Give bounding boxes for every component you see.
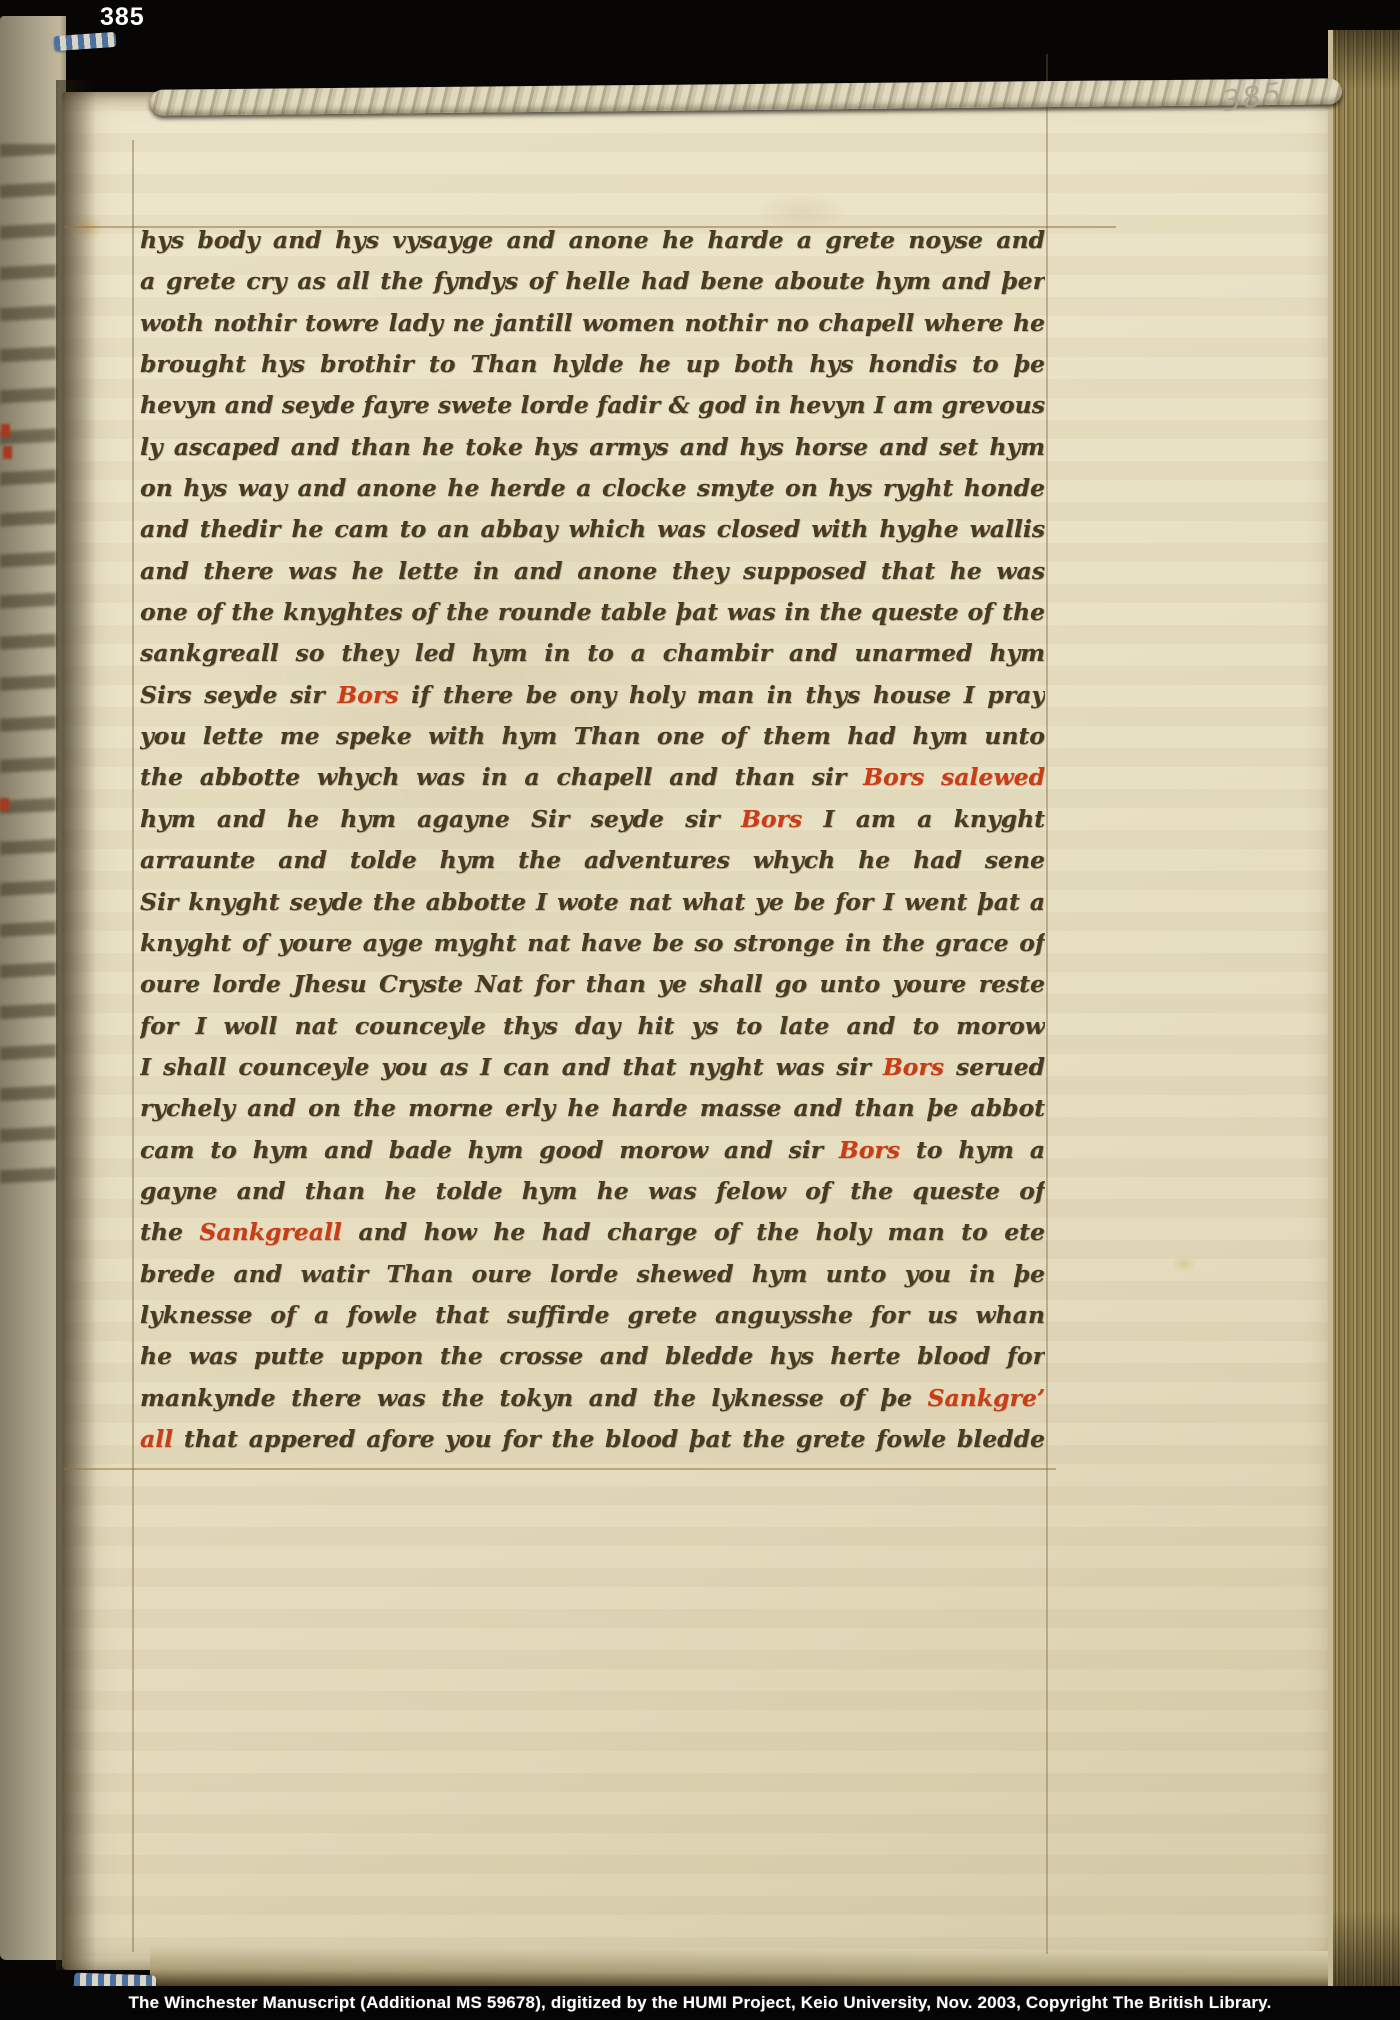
rubric-word: Sankgre’ [927, 1384, 1045, 1412]
manuscript-line: he was putte uppon the crosse and bledde… [140, 1336, 1045, 1377]
manuscript-line: and thedir he cam to an abbay which was … [140, 509, 1045, 550]
rubric-word: Bors [337, 681, 398, 709]
folio-number-label: 385 [100, 3, 145, 32]
manuscript-line: Sirs seyde sir Bors if there be ony holy… [140, 675, 1045, 716]
manuscript-line: ly ascaped and than he toke hys armys an… [140, 427, 1045, 468]
caption-text: The Winchester Manuscript (Additional MS… [128, 1993, 1271, 2013]
manuscript-line: and there was he lette in and anone they… [140, 551, 1045, 592]
manuscript-line: knyght of youre ayge myght nat have be s… [140, 923, 1045, 964]
manuscript-line: hym and he hym agayne Sir seyde sir Bors… [140, 799, 1045, 840]
manuscript-line: sankgreall so they led hym in to a chamb… [140, 633, 1045, 674]
caption-bar: The Winchester Manuscript (Additional MS… [0, 1986, 1400, 2020]
digitized-manuscript-viewer: { "frame": { "folio_label": "385", "penc… [0, 0, 1400, 2020]
manuscript-line: brought hys brothir to Than hylde he up … [140, 344, 1045, 385]
manuscript-line: on hys way and anone he herde a clocke s… [140, 468, 1045, 509]
manuscript-line: gayne and than he tolde hym he was felow… [140, 1171, 1045, 1212]
rubric-word: Sankgreall [199, 1218, 341, 1246]
rubric-word: Bors salewed [863, 763, 1045, 791]
manuscript-line: you lette me speke with hym Than one of … [140, 716, 1045, 757]
manuscript-line: lyknesse of a fowle that suffirde grete … [140, 1295, 1045, 1336]
manuscript-line: hys body and hys vysayge and anone he ha… [140, 220, 1045, 261]
fore-edge-leaves [1328, 30, 1400, 1990]
rubric-word: Bors [741, 805, 802, 833]
manuscript-line: for I woll nat counceyle thys day hit ys… [140, 1006, 1045, 1047]
manuscript-text: hys body and hys vysayge and anone he ha… [140, 220, 1045, 1460]
facing-page-text-showthrough [0, 144, 56, 1184]
manuscript-line: a grete cry as all the fyndys of helle h… [140, 261, 1045, 302]
facing-page-rubric-mark [1, 424, 10, 437]
facing-page-rubric-mark [3, 446, 12, 459]
manuscript-line: hevyn and seyde fayre swete lorde fadir … [140, 385, 1045, 426]
manuscript-line: arraunte and tolde hym the adventures wh… [140, 840, 1045, 881]
rubric-word: Bors [883, 1053, 944, 1081]
manuscript-line: all that appered afore you for the blood… [140, 1419, 1045, 1460]
facing-page-rubric-mark [0, 798, 9, 811]
manuscript-line: oure lorde Jhesu Cryste Nat for than ye … [140, 964, 1045, 1005]
manuscript-line: woth nothir towre lady ne jantill women … [140, 303, 1045, 344]
manuscript-line: rychely and on the morne erly he harde m… [140, 1088, 1045, 1129]
rubric-word: Bors [839, 1136, 900, 1164]
manuscript-line: cam to hym and bade hym good morow and s… [140, 1130, 1045, 1171]
manuscript-line: the abbotte whych was in a chapell and t… [140, 757, 1045, 798]
manuscript-line: one of the knyghtes of the rounde table … [140, 592, 1045, 633]
manuscript-line: the Sankgreall and how he had charge of … [140, 1212, 1045, 1253]
facing-page-edge [0, 16, 66, 1960]
manuscript-line: brede and watir Than oure lorde shewed h… [140, 1254, 1045, 1295]
rubric-word: all [140, 1425, 173, 1453]
manuscript-line: mankynde there was the tokyn and the lyk… [140, 1378, 1045, 1419]
endband-top-blue [54, 32, 117, 51]
manuscript-line: Sir knyght seyde the abbotte I wote nat … [140, 882, 1045, 923]
manuscript-line: I shall counceyle you as I can and that … [140, 1047, 1045, 1088]
